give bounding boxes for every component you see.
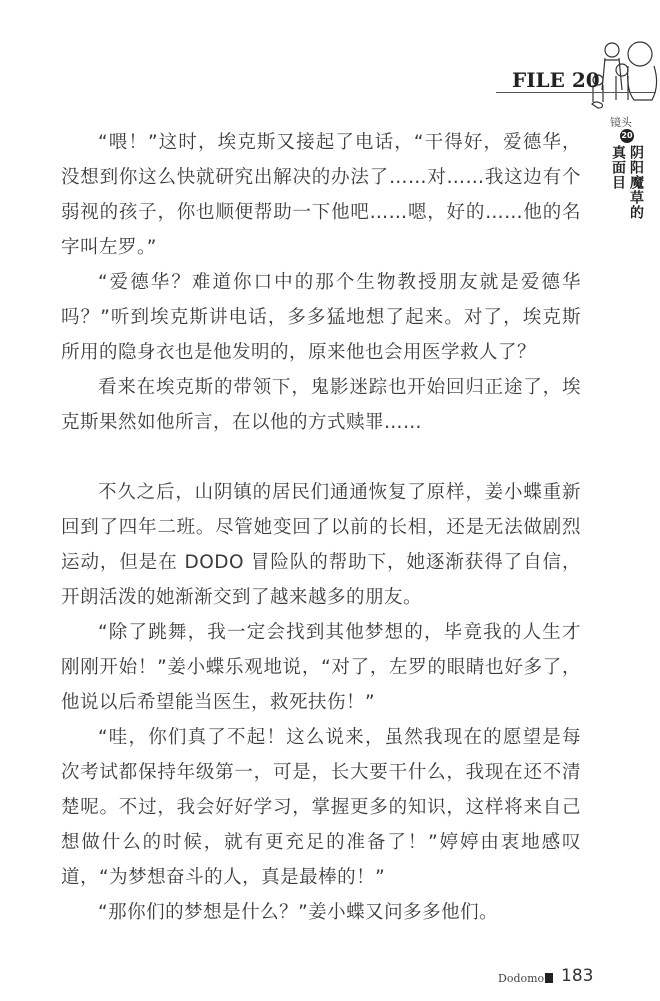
paragraph: 不久之后，山阴镇的居民们通通恢复了原样，姜小蝶重新回到了四年二班。尽管她变回了以… (61, 475, 581, 615)
paragraph: “除了跳舞，我一定会找到其他梦想的，毕竟我的人生才刚刚开始！”姜小蝶乐观地说，“… (61, 615, 581, 720)
side-chapter-title-col2: 真面目 (610, 145, 626, 190)
body-text-bottom: 不久之后，山阴镇的居民们通通恢复了原样，姜小蝶重新回到了四年二班。尽管她变回了以… (61, 475, 581, 930)
header-rule (496, 92, 656, 93)
side-section-label: 镜头 (610, 114, 632, 130)
header-illustration (590, 30, 660, 110)
paragraph: “喂！”这时，埃克斯又接起了电话，“干得好，爱德华，没想到你这么快就研究出解决的… (61, 125, 581, 265)
volume-mark-icon (545, 973, 553, 983)
paragraph: “那你们的梦想是什么？”姜小蝶又问多多他们。 (61, 895, 581, 930)
paragraph: “哇，你们真了不起！这么说来，虽然我现在的愿望是每次考试都保持年级第一，可是，长… (61, 720, 581, 895)
footer-series: Dodomo (498, 972, 553, 985)
footer-series-label: Dodomo (498, 972, 544, 985)
chapter-file-label: FILE 20 (512, 68, 600, 92)
paragraph: “爱德华？难道你口中的那个生物教授朋友就是爱德华吗？”听到埃克斯讲电话，多多猛地… (61, 265, 581, 370)
body-text-top: “喂！”这时，埃克斯又接起了电话，“干得好，爱德华，没想到你这么快就研究出解决的… (61, 125, 581, 440)
side-chapter-number: 20 (620, 129, 634, 143)
side-chapter-title-col1: 阴阳魔草的 (628, 145, 644, 220)
paragraph: 看来在埃克斯的带领下，鬼影迷踪也开始回归正途了，埃克斯果然如他所言，在以他的方式… (61, 370, 581, 440)
page-number: 183 (561, 966, 593, 986)
